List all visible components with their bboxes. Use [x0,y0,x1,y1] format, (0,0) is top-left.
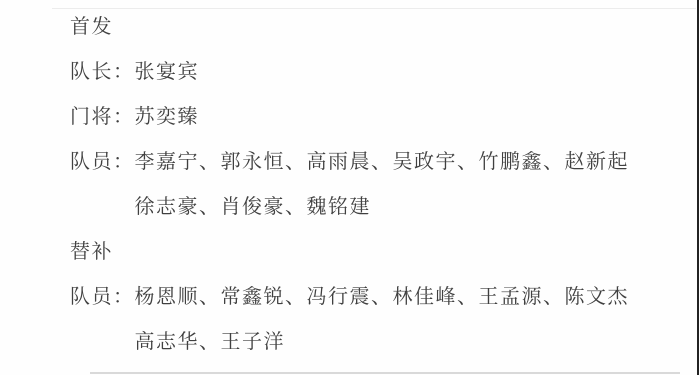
captain-name: 张宴宾 [135,50,685,95]
substitute-players-label: 队员： [70,275,135,320]
team-roster-document: 首发 队长： 张宴宾 门将： 苏奕臻 队员： 李嘉宁、郭永恒、高雨晨、吴政宇、竹… [0,0,700,375]
goalkeeper-label: 门将： [70,95,135,140]
section-title-substitutes: 替补 [70,230,684,275]
captain-row: 队长： 张宴宾 [70,50,684,95]
substitute-players-names: 杨恩顺、常鑫锐、冯行震、林佳峰、王孟源、陈文杰 高志华、王子洋 [135,275,685,365]
starting-players-line-1: 李嘉宁、郭永恒、高雨晨、吴政宇、竹鹏鑫、赵新起 [135,140,685,185]
bottom-divider-line [90,372,680,374]
starting-players-line-2: 徐志豪、肖俊豪、魏铭建 [135,185,685,230]
right-border-line [697,0,699,375]
goalkeeper-name: 苏奕臻 [135,95,685,140]
substitute-players-line-2: 高志华、王子洋 [135,320,685,365]
section-title-starting-lineup: 首发 [70,5,684,50]
substitute-players-line-1: 杨恩顺、常鑫锐、冯行震、林佳峰、王孟源、陈文杰 [135,275,685,320]
starting-players-label: 队员： [70,140,135,185]
goalkeeper-row: 门将： 苏奕臻 [70,95,684,140]
substitute-players-row: 队员： 杨恩顺、常鑫锐、冯行震、林佳峰、王孟源、陈文杰 高志华、王子洋 [70,275,684,365]
goalkeeper-value: 苏奕臻 [135,95,685,140]
starting-players-names: 李嘉宁、郭永恒、高雨晨、吴政宇、竹鹏鑫、赵新起 徐志豪、肖俊豪、魏铭建 [135,140,685,230]
starting-players-row: 队员： 李嘉宁、郭永恒、高雨晨、吴政宇、竹鹏鑫、赵新起 徐志豪、肖俊豪、魏铭建 [70,140,684,230]
captain-value: 张宴宾 [135,50,685,95]
roster-content: 首发 队长： 张宴宾 门将： 苏奕臻 队员： 李嘉宁、郭永恒、高雨晨、吴政宇、竹… [70,5,684,365]
captain-label: 队长： [70,50,135,95]
